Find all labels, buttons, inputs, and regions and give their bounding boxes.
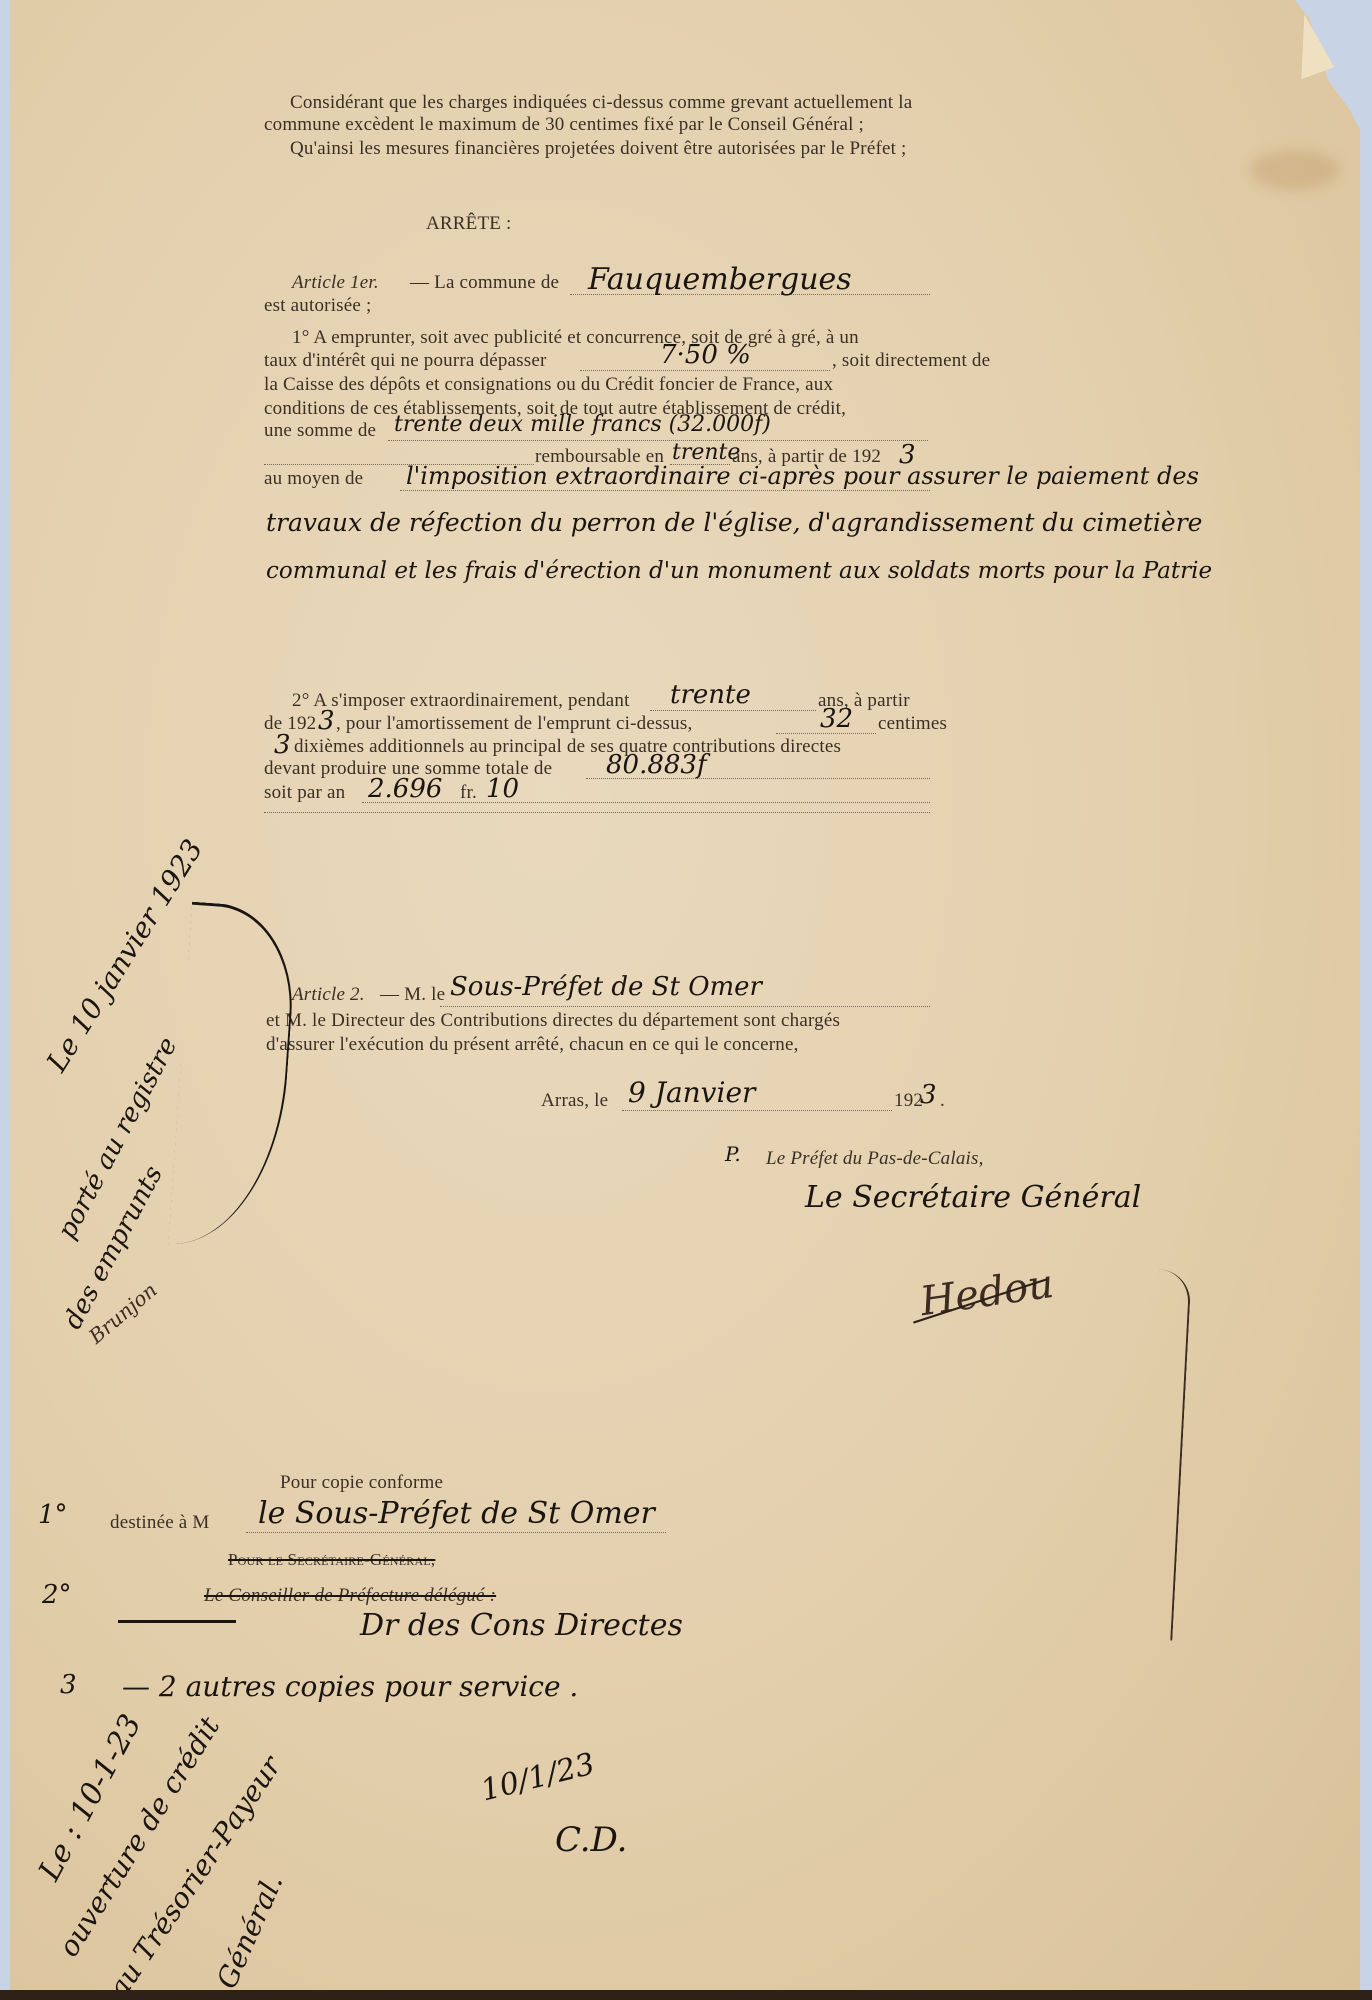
initials: C.D. (555, 1820, 627, 1860)
copy-header: Pour copie conforme (280, 1472, 443, 1494)
copy-num-2: 2° (42, 1580, 72, 1610)
struck-secretary-line: Pour le Secrétaire-Général, (228, 1550, 435, 1570)
fill-line (440, 1006, 930, 1007)
article2-line2: et M. le Directeur des Contributions dir… (266, 1010, 840, 1032)
copy-dest-label: destinée à M (110, 1512, 209, 1534)
item2-line5a: soit par an (264, 782, 345, 804)
initials-date: 10/1/23 (477, 1747, 598, 1809)
item2-line3: dixièmes additionnels au principal de se… (294, 736, 841, 758)
article2-intro: — M. le (380, 984, 445, 1006)
preamble-line-3: Qu'ainsi les mesures financières projeté… (290, 138, 907, 160)
annual-handwritten: 2.696 (368, 774, 442, 804)
item1-line5a: une somme de (264, 420, 376, 442)
article2-line3: d'assurer l'exécution du présent arrêté,… (266, 1034, 799, 1056)
signature-tail (1140, 1269, 1191, 1640)
dateline-year-prefix: 192 (894, 1090, 923, 1112)
fill-line (388, 440, 928, 441)
copy-dest-2: Dr des Cons Directes (360, 1608, 683, 1643)
item1-line2b: , soit directement de (832, 350, 990, 372)
copy-num-3: 3 (60, 1670, 77, 1700)
item1-line3: la Caisse des dépôts et consignations ou… (264, 374, 833, 396)
article1-label: Article 1er. (292, 272, 379, 294)
fill-line (246, 1532, 666, 1533)
copy-num-1: 1° (38, 1500, 68, 1530)
copy-dash (118, 1620, 236, 1623)
article2-official-handwritten: Sous-Préfet de St Omer (450, 972, 762, 1002)
credit-note-line-4: Général. (210, 1869, 290, 1993)
purpose-line-3: communal et les frais d'érection d'un mo… (266, 558, 1212, 584)
article1-authorized: est autorisée ; (264, 295, 371, 317)
decree-heading: ARRÊTE : (426, 213, 512, 235)
total-handwritten: 80.883f (606, 750, 707, 780)
item2-line2b: , pour l'amortissement de l'emprunt ci-d… (336, 713, 692, 735)
fill-line (400, 490, 930, 491)
dateline-place: Arras, le (541, 1090, 608, 1112)
item1-line2a: taux d'intérêt qui ne pourra dépasser (264, 350, 547, 372)
dateline-date-handwritten: 9 Janvier (628, 1076, 755, 1109)
fill-line (362, 802, 930, 803)
item2-line5b: fr. (460, 782, 477, 804)
preamble-line-2: commune excèdent le maximum de 30 centim… (264, 114, 864, 136)
amount-handwritten: trente deux mille francs (32.000f) (394, 412, 771, 437)
dateline-end: . (940, 1090, 945, 1112)
paper-stain (1250, 150, 1340, 190)
rate-handwritten: 7·50 % (660, 340, 751, 370)
commune-handwritten: Fauquembergues (588, 262, 852, 297)
tax-year-digit: 3 (318, 706, 335, 736)
item2-line2c: centimes (878, 713, 947, 735)
preamble-line-1: Considérant que les charges indiquées ci… (290, 92, 912, 114)
article2-label: Article 2. (292, 984, 365, 1006)
document-page: Considérant que les charges indiquées ci… (10, 0, 1360, 1992)
item1-line1: 1° A emprunter, soit avec publicité et c… (292, 327, 859, 349)
fill-line (264, 812, 930, 813)
dateline-year-digit: 3 (920, 1080, 937, 1110)
item1-line7a: au moyen de (264, 468, 363, 490)
item2-line1a: 2° A s'imposer extraordinairement, penda… (292, 690, 630, 712)
purpose-line-1: l'imposition extraordinaire ci-après pou… (406, 462, 1199, 490)
bottom-edge (0, 1990, 1372, 2000)
copy-dest-1: le Sous-Préfet de St Omer (258, 1496, 655, 1531)
tenths-handwritten: 3 (274, 730, 291, 760)
purpose-line-2: travaux de réfection du perron de l'égli… (266, 508, 1202, 537)
copy-dest-3: — 2 autres copies pour service . (122, 1670, 578, 1703)
centimes-handwritten: 32 (820, 704, 853, 734)
signature-prefix: P. (725, 1142, 741, 1166)
margin-bracket (168, 902, 299, 1252)
fill-line (580, 370, 830, 371)
fill-line (622, 1110, 892, 1111)
fill-line (650, 710, 816, 711)
article1-intro: — La commune de (410, 272, 559, 294)
struck-councillor-line: Le Conseiller de Préfecture délégué : (204, 1585, 496, 1607)
tax-years-handwritten: trente (670, 680, 751, 710)
annual-cents-handwritten: 10 (486, 774, 519, 804)
prefect-title: Le Préfet du Pas-de-Calais, (766, 1148, 984, 1170)
secretary-title-handwritten: Le Secrétaire Général (805, 1180, 1141, 1215)
